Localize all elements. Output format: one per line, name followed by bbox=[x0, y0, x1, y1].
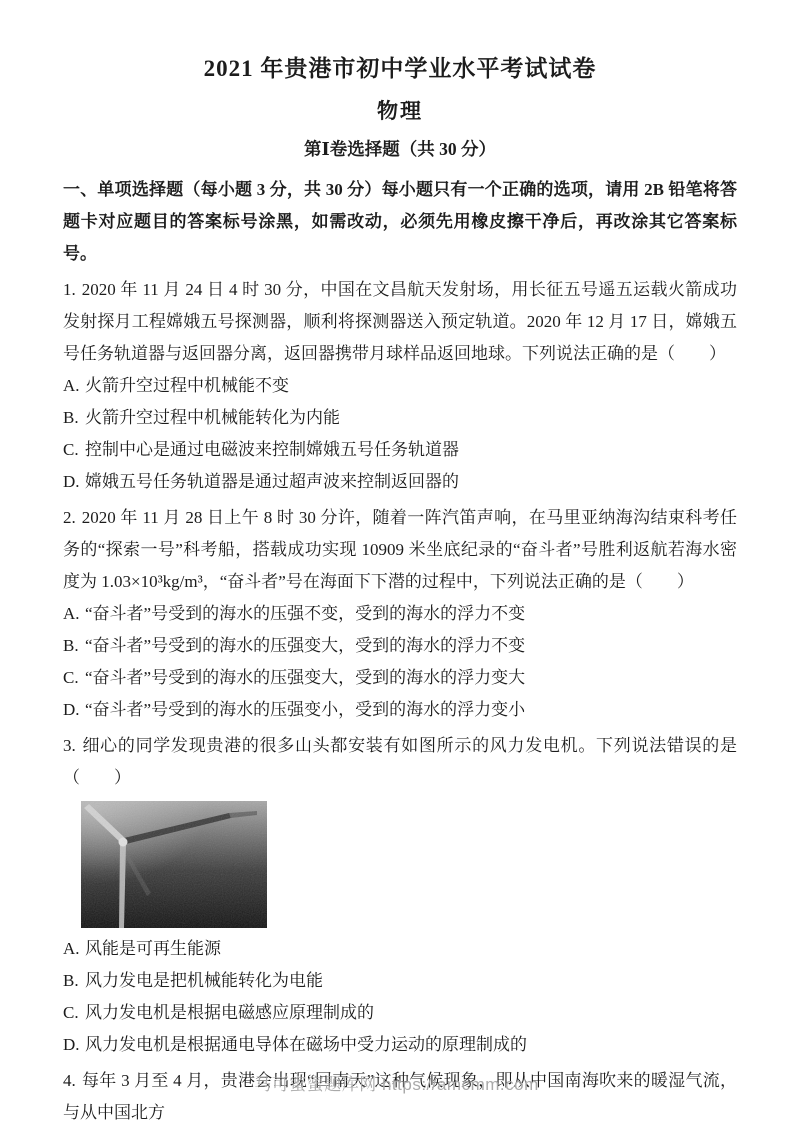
option-text: 火箭升空过程中机械能转化为内能 bbox=[85, 408, 340, 427]
question-1-stem: 1.2020 年 11 月 24 日 4 时 30 分，中国在文昌航天发射场，用… bbox=[63, 274, 737, 370]
question-3-option-d: D.风力发电机是根据通电导体在磁场中受力运动的原理制成的 bbox=[63, 1029, 737, 1061]
question-2-option-c: C.“奋斗者”号受到的海水的压强变大，受到的海水的浮力变大 bbox=[63, 662, 737, 694]
exam-paper-page: 2021 年贵港市初中学业水平考试试卷 物理 第Ⅰ卷选择题（共 30 分） 一、… bbox=[0, 0, 793, 1122]
option-text: 嫦娥五号任务轨道器是通过超声波来控制返回器的 bbox=[85, 472, 459, 491]
question-3-option-a: A.风能是可再生能源 bbox=[63, 933, 737, 965]
question-3-stem: 3.细心的同学发现贵港的很多山头都安装有如图所示的风力发电机。下列说法错误的是（… bbox=[63, 730, 737, 794]
question-number: 3. bbox=[63, 736, 76, 755]
option-label: C. bbox=[63, 434, 85, 466]
option-text: 风力发电机是根据通电导体在磁场中受力运动的原理制成的 bbox=[85, 1035, 527, 1054]
question-1-option-d: D.嫦娥五号任务轨道器是通过超声波来控制返回器的 bbox=[63, 466, 737, 498]
option-text: 风力发电机是根据电磁感应原理制成的 bbox=[85, 1003, 374, 1022]
question-1-option-a: A.火箭升空过程中机械能不变 bbox=[63, 370, 737, 402]
question-3-option-c: C.风力发电机是根据电磁感应原理制成的 bbox=[63, 997, 737, 1029]
option-label: A. bbox=[63, 598, 85, 630]
question-2-stem: 2.2020 年 11 月 28 日上午 8 时 30 分许，随着一阵汽笛声响，… bbox=[63, 502, 737, 598]
question-stem-text: 2020 年 11 月 28 日上午 8 时 30 分许，随着一阵汽笛声响，在马… bbox=[63, 508, 737, 591]
option-text: “奋斗者”号受到的海水的压强不变，受到的海水的浮力不变 bbox=[85, 604, 525, 623]
option-label: C. bbox=[63, 997, 85, 1029]
option-label: B. bbox=[63, 630, 85, 662]
question-3: 3.细心的同学发现贵港的很多山头都安装有如图所示的风力发电机。下列说法错误的是（… bbox=[63, 730, 737, 1061]
section-heading: 第Ⅰ卷选择题（共 30 分） bbox=[63, 137, 737, 161]
question-2-option-b: B.“奋斗者”号受到的海水的压强变大，受到的海水的浮力不变 bbox=[63, 630, 737, 662]
option-text: “奋斗者”号受到的海水的压强变大，受到的海水的浮力不变 bbox=[85, 636, 525, 655]
option-label: B. bbox=[63, 402, 85, 434]
option-label: D. bbox=[63, 694, 85, 726]
page-content: 2021 年贵港市初中学业水平考试试卷 物理 第Ⅰ卷选择题（共 30 分） 一、… bbox=[0, 0, 793, 1122]
question-stem-text: 细心的同学发现贵港的很多山头都安装有如图所示的风力发电机。下列说法错误的是（ ） bbox=[63, 736, 737, 787]
option-text: “奋斗者”号受到的海水的压强变小，受到的海水的浮力变小 bbox=[85, 700, 525, 719]
option-text: 风能是可再生能源 bbox=[85, 939, 221, 958]
question-1: 1.2020 年 11 月 24 日 4 时 30 分，中国在文昌航天发射场，用… bbox=[63, 274, 737, 498]
option-text: 火箭升空过程中机械能不变 bbox=[85, 376, 289, 395]
wind-turbine-photo bbox=[81, 801, 267, 928]
option-label: D. bbox=[63, 466, 85, 498]
question-1-option-b: B.火箭升空过程中机械能转化为内能 bbox=[63, 402, 737, 434]
question-2-option-a: A.“奋斗者”号受到的海水的压强不变，受到的海水的浮力不变 bbox=[63, 598, 737, 630]
watermark-footer: 马可蜜蜜题库网 https://amcmm.com bbox=[0, 1070, 793, 1095]
option-label: C. bbox=[63, 662, 85, 694]
option-label: A. bbox=[63, 933, 85, 965]
option-label: A. bbox=[63, 370, 85, 402]
option-label: D. bbox=[63, 1029, 85, 1061]
section-instruction: 一、单项选择题（每小题 3 分，共 30 分）每小题只有一个正确的选项，请用 2… bbox=[63, 174, 737, 270]
subject-title: 物理 bbox=[63, 97, 737, 126]
option-text: “奋斗者”号受到的海水的压强变大，受到的海水的浮力变大 bbox=[85, 668, 525, 687]
question-2-option-d: D.“奋斗者”号受到的海水的压强变小，受到的海水的浮力变小 bbox=[63, 694, 737, 726]
question-2: 2.2020 年 11 月 28 日上午 8 时 30 分许，随着一阵汽笛声响，… bbox=[63, 502, 737, 726]
question-1-option-c: C.控制中心是通过电磁波来控制嫦娥五号任务轨道器 bbox=[63, 434, 737, 466]
question-number: 2. bbox=[63, 508, 76, 527]
option-label: B. bbox=[63, 965, 85, 997]
question-number: 1. bbox=[63, 280, 76, 299]
page-title: 2021 年贵港市初中学业水平考试试卷 bbox=[63, 54, 737, 84]
option-text: 控制中心是通过电磁波来控制嫦娥五号任务轨道器 bbox=[85, 440, 459, 459]
question-3-option-b: B.风力发电是把机械能转化为电能 bbox=[63, 965, 737, 997]
option-text: 风力发电是把机械能转化为电能 bbox=[85, 971, 323, 990]
question-stem-text: 2020 年 11 月 24 日 4 时 30 分，中国在文昌航天发射场，用长征… bbox=[63, 280, 737, 363]
